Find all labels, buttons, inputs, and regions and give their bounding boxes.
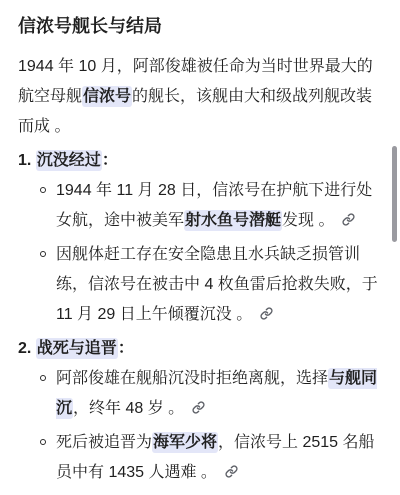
scrollbar-thumb[interactable] (392, 146, 397, 242)
text-run: ，终年 48 岁 。 (73, 400, 184, 417)
chat-answer-panel: 信浓号舰长与结局 1944 年 10 月，阿部俊雄被任命为当时世界最大的航空母舰… (0, 0, 400, 495)
list-item: 死后被追晋为海军少将，信浓号上 2515 名船员中有 1435 人遇难 。 (40, 428, 382, 488)
text-run: 死后被追晋为 (56, 434, 152, 451)
section-1-list: 1944 年 11 月 28 日，信浓号在护航下进行处女航，途中被美军射水鱼号潜… (18, 176, 382, 330)
bullet-circle-icon (40, 251, 46, 257)
section-2-list: 阿部俊雄在舰船沉没时拒绝离舰，选择与舰同沉，终年 48 岁 。 死后被追晋为海军… (18, 364, 382, 488)
item-text: 阿部俊雄在舰船沉没时拒绝离舰，选择与舰同沉，终年 48 岁 。 (56, 368, 377, 419)
entity-link[interactable]: 战死与追晋 (36, 338, 118, 359)
entity-link[interactable]: 信浓号 (82, 86, 132, 107)
entity-link[interactable]: 沉没经过 (36, 150, 102, 171)
text-run: 因舰体赶工存在安全隐患且水兵缺乏损管训练，信浓号在被击中 4 枚鱼雷后抢救失败，… (56, 246, 378, 323)
text-run: 阿部俊雄在舰船沉没时拒绝离舰，选择 (56, 370, 328, 387)
section-heading-2: 2. 战死与追晋： (18, 334, 382, 364)
entity-link[interactable]: 海军少将 (152, 432, 218, 453)
item-text: 1944 年 11 月 28 日，信浓号在护航下进行处女航，途中被美军射水鱼号潜… (56, 182, 372, 231)
bullet-circle-icon (40, 439, 46, 445)
list-item: 1944 年 11 月 28 日，信浓号在护航下进行处女航，途中被美军射水鱼号潜… (40, 176, 382, 236)
text-run: 发现 。 (282, 212, 334, 229)
citation-link-icon[interactable] (225, 465, 238, 478)
text-run: 1. (18, 152, 36, 169)
bullet-circle-icon (40, 187, 46, 193)
answer-title: 信浓号舰长与结局 (18, 14, 382, 38)
bullet-circle-icon (40, 375, 46, 381)
citation-link-icon[interactable] (192, 401, 205, 414)
item-text: 死后被追晋为海军少将，信浓号上 2515 名船员中有 1435 人遇难 。 (56, 432, 375, 481)
item-text: 因舰体赶工存在安全隐患且水兵缺乏损管训练，信浓号在被击中 4 枚鱼雷后抢救失败，… (56, 246, 378, 323)
section-heading-1: 1. 沉没经过： (18, 146, 382, 176)
text-run: ： (102, 152, 118, 169)
text-run: ： (118, 340, 134, 357)
list-item: 因舰体赶工存在安全隐患且水兵缺乏损管训练，信浓号在被击中 4 枚鱼雷后抢救失败，… (40, 240, 382, 330)
intro-paragraph: 1944 年 10 月，阿部俊雄被任命为当时世界最大的航空母舰信浓号的舰长，该舰… (18, 52, 382, 142)
citation-link-icon[interactable] (260, 307, 273, 320)
citation-link-icon[interactable] (342, 213, 355, 226)
text-run: 2. (18, 340, 36, 357)
list-item: 阿部俊雄在舰船沉没时拒绝离舰，选择与舰同沉，终年 48 岁 。 (40, 364, 382, 424)
entity-link[interactable]: 射水鱼号潜艇 (184, 210, 282, 231)
